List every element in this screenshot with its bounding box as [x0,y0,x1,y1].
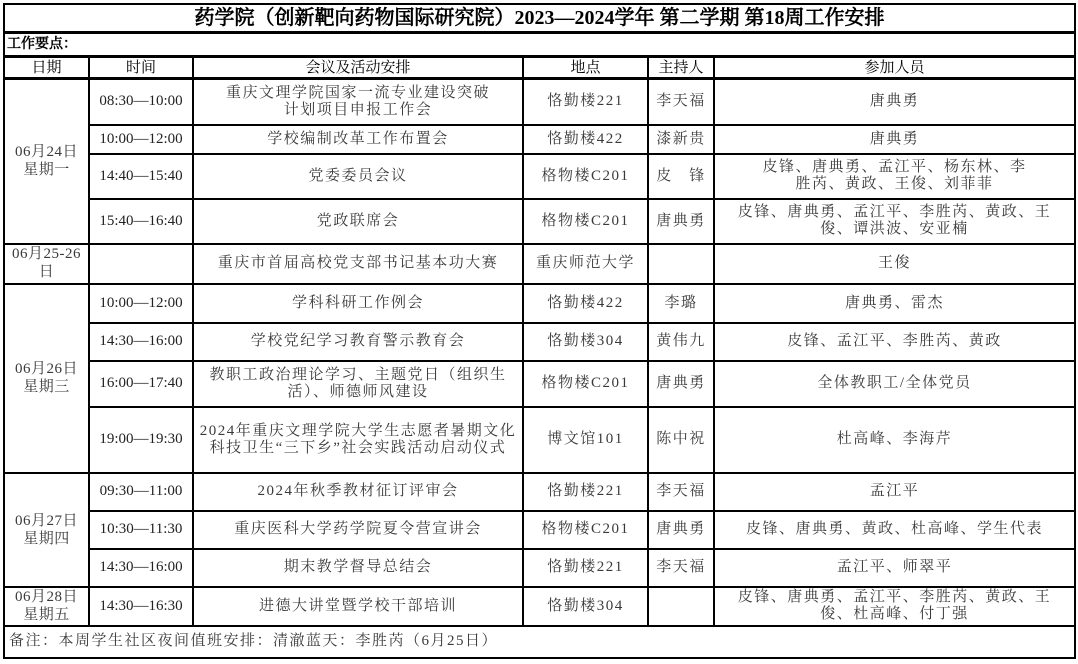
page-title: 药学院（创新靶向药物国际研究院）2023—2024学年 第二学期 第18周工作安… [4,4,1075,33]
location-cell: 恪勤楼221 [523,549,648,587]
host-cell: 唐典勇 [648,511,714,549]
time-cell: 14:30—16:00 [89,323,193,361]
date-cell: 06月25-26 日 [4,244,89,284]
location-cell: 恪勤楼304 [523,587,648,626]
time-cell: 19:00—19:30 [89,407,193,473]
host-cell: 唐典勇 [648,361,714,407]
time-cell: 14:40—15:40 [89,154,193,199]
table-row: 06月28日 星期五 14:30—16:30 进德大讲堂暨学校干部培训 恪勤楼3… [4,587,1075,626]
weekly-schedule-table: 药学院（创新靶向药物国际研究院）2023—2024学年 第二学期 第18周工作安… [3,3,1076,659]
weekday-label: 星期五 [7,606,86,624]
participants-cell: 皮锋、唐典勇、孟江平、李胜芮、黄政、王俊、谭洪波、安亚楠 [714,199,1075,244]
event-cell: 学校党纪学习教育警示教育会 [193,323,523,361]
column-header-time: 时间 [89,57,193,79]
table-row: 06月25-26 日 重庆市首届高校党支部书记基本功大赛 重庆师范大学 王俊 [4,244,1075,284]
host-cell: 皮 锋 [648,154,714,199]
column-header-date: 日期 [4,57,89,79]
table-row: 14:40—15:40 党委委员会议 格物楼C201 皮 锋 皮锋、唐典勇、孟江… [4,154,1075,199]
date-label: 06月24日 [7,143,86,161]
table-row: 16:00—17:40 教职工政治理论学习、主题党日（组织生活）、师德师风建设 … [4,361,1075,407]
event-cell: 2024年秋季教材征订评审会 [193,473,523,511]
table-row: 10:00—12:00 学校编制改革工作布置会 恪勤楼422 漆新贵 唐典勇 [4,125,1075,154]
participants-cell: 皮锋、唐典勇、孟江平、杨东林、李胜芮、黄政、王俊、刘菲菲 [714,154,1075,199]
location-cell: 恪勤楼304 [523,323,648,361]
time-cell: 10:30—11:30 [89,511,193,549]
table-row: 06月26日 星期三 10:00—12:00 学科科研工作例会 恪勤楼422 李… [4,284,1075,323]
event-cell: 重庆市首届高校党支部书记基本功大赛 [193,244,523,284]
host-cell: 李天福 [648,549,714,587]
location-cell: 恪勤楼422 [523,284,648,323]
table-row: 19:00—19:30 2024年重庆文理学院大学生志愿者暑期文化科技卫生“三下… [4,407,1075,473]
host-cell: 漆新贵 [648,125,714,154]
event-cell: 党政联席会 [193,199,523,244]
host-cell: 唐典勇 [648,199,714,244]
time-cell: 16:00—17:40 [89,361,193,407]
participants-cell: 全体教职工/全体党员 [714,361,1075,407]
participants-cell: 孟江平 [714,473,1075,511]
location-cell: 恪勤楼422 [523,125,648,154]
table-row: 06月27日 星期四 09:30—11:00 2024年秋季教材征订评审会 恪勤… [4,473,1075,511]
date-cell: 06月27日 星期四 [4,473,89,587]
location-cell: 重庆师范大学 [523,244,648,284]
participants-cell: 皮锋、唐典勇、孟江平、李胜芮、黄政、王俊、杜高峰、付丁强 [714,587,1075,626]
event-cell: 教职工政治理论学习、主题党日（组织生活）、师德师风建设 [193,361,523,407]
table-row: 14:30—16:00 期末教学督导总结会 恪勤楼221 李天福 孟江平、师翠平 [4,549,1075,587]
time-cell: 10:00—12:00 [89,284,193,323]
participants-cell: 孟江平、师翠平 [714,549,1075,587]
participants-cell: 唐典勇 [714,125,1075,154]
event-cell: 期末教学督导总结会 [193,549,523,587]
weekday-label: 星期一 [7,161,86,179]
event-cell: 学科科研工作例会 [193,284,523,323]
host-cell: 陈中祝 [648,407,714,473]
column-header-host: 主持人 [648,57,714,79]
column-header-participants: 参加人员 [714,57,1075,79]
host-cell: 李天福 [648,473,714,511]
weekday-label: 星期四 [7,530,86,548]
key-points-label: 工作要点： [4,33,1075,57]
column-header-location: 地点 [523,57,648,79]
event-cell: 2024年重庆文理学院大学生志愿者暑期文化科技卫生“三下乡”社会实践活动启动仪式 [193,407,523,473]
time-cell: 09:30—11:00 [89,473,193,511]
host-cell [648,587,714,626]
location-cell: 格物楼C201 [523,199,648,244]
time-cell [89,244,193,284]
date-cell: 06月28日 星期五 [4,587,89,626]
weekday-label: 星期三 [7,378,86,396]
event-cell: 进德大讲堂暨学校干部培训 [193,587,523,626]
date-cell: 06月26日 星期三 [4,284,89,473]
date-cell: 06月24日 星期一 [4,79,89,244]
event-cell: 党委委员会议 [193,154,523,199]
participants-cell: 王俊 [714,244,1075,284]
time-cell: 14:30—16:30 [89,587,193,626]
time-cell: 14:30—16:00 [89,549,193,587]
date-label: 06月25-26 [7,245,86,263]
host-cell: 李璐 [648,284,714,323]
date-label: 06月28日 [7,588,86,606]
table-row: 10:30—11:30 重庆医科大学药学院夏令营宣讲会 格物楼C201 唐典勇 … [4,511,1075,549]
table-row: 06月24日 星期一 08:30—10:00 重庆文理学院国家一流专业建设突破计… [4,79,1075,125]
table-row: 15:40—16:40 党政联席会 格物楼C201 唐典勇 皮锋、唐典勇、孟江平… [4,199,1075,244]
column-header-event: 会议及活动安排 [193,57,523,79]
location-cell: 格物楼C201 [523,154,648,199]
event-cell: 重庆医科大学药学院夏令营宣讲会 [193,511,523,549]
table-row: 14:30—16:00 学校党纪学习教育警示教育会 恪勤楼304 黄伟九 皮锋、… [4,323,1075,361]
event-cell: 学校编制改革工作布置会 [193,125,523,154]
note-text: 备注：本周学生社区夜间值班安排：清澈蓝天：李胜芮（6月25日） [4,626,1075,658]
participants-cell: 皮锋、唐典勇、黄政、杜高峰、学生代表 [714,511,1075,549]
time-cell: 08:30—10:00 [89,79,193,125]
location-cell: 格物楼C201 [523,511,648,549]
host-cell: 黄伟九 [648,323,714,361]
event-cell: 重庆文理学院国家一流专业建设突破计划项目申报工作会 [193,79,523,125]
location-cell: 博文馆101 [523,407,648,473]
participants-cell: 唐典勇 [714,79,1075,125]
participants-cell: 唐典勇、雷杰 [714,284,1075,323]
date-label: 06月26日 [7,360,86,378]
date-label: 06月27日 [7,512,86,530]
weekday-label: 日 [7,263,86,281]
time-cell: 10:00—12:00 [89,125,193,154]
location-cell: 格物楼C201 [523,361,648,407]
location-cell: 恪勤楼221 [523,79,648,125]
host-cell: 李天福 [648,79,714,125]
participants-cell: 杜高峰、李海芹 [714,407,1075,473]
host-cell [648,244,714,284]
time-cell: 15:40—16:40 [89,199,193,244]
location-cell: 恪勤楼221 [523,473,648,511]
participants-cell: 皮锋、孟江平、李胜芮、黄政 [714,323,1075,361]
column-header-row: 日期 时间 会议及活动安排 地点 主持人 参加人员 [4,57,1075,79]
